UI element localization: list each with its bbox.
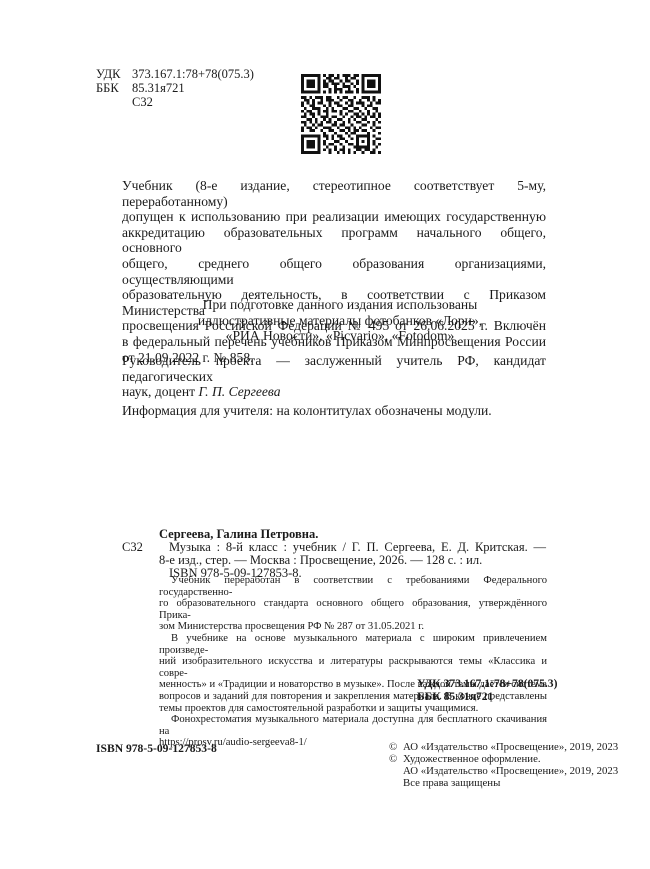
- annotation: Учебник переработан в соответствии с тре…: [159, 575, 547, 749]
- copyright-line: Все права защищены: [403, 777, 500, 789]
- annotation-line: ний изобразительного искусства и литерат…: [159, 656, 547, 679]
- teacher-info: Информация для учителя: на колонтитулах …: [122, 403, 492, 419]
- approval-line: допущен к использованию при реализации и…: [122, 209, 546, 225]
- udk-label: УДК: [96, 67, 132, 81]
- classification-bottom: УДК 373.167.1:78+78(075.3) ББК 85.31я721: [417, 677, 557, 703]
- udk-value: 373.167.1:78+78(075.3): [132, 67, 254, 81]
- bib-code: С32: [122, 541, 159, 580]
- annotation-line: Фонохрестоматия музыкального материала д…: [159, 714, 547, 737]
- copyright-icon: ©: [389, 741, 403, 753]
- project-lead: Руководитель проекта — заслуженный учите…: [122, 353, 546, 400]
- annotation-line: зом Министерства просвещения РФ № 287 от…: [159, 621, 547, 633]
- isbn: ISBN 978-5-09-127853-8: [96, 742, 217, 755]
- project-lead-prefix: наук, доцент: [122, 384, 198, 399]
- approval-line: Учебник (8-е издание, стереотипное соотв…: [122, 178, 546, 209]
- bbk-bottom: ББК 85.31я721: [417, 690, 557, 703]
- annotation-paragraph: Учебник переработан в соответствии с тре…: [159, 575, 547, 633]
- photo-credits-line: иллюстративные материалы фотобанков «Лор…: [190, 313, 490, 329]
- bbk-label: ББК: [96, 81, 132, 95]
- qr-code-icon[interactable]: [301, 74, 381, 154]
- project-lead-line: Руководитель проекта — заслуженный учите…: [122, 353, 546, 384]
- classification-block: УДК373.167.1:78+78(075.3) ББК85.31я721 С…: [96, 67, 254, 109]
- udk-bottom: УДК 373.167.1:78+78(075.3): [417, 677, 557, 690]
- annotation-line: В учебнике на основе музыкального матери…: [159, 633, 547, 656]
- annotation-line: го образовательного стандарта основного …: [159, 598, 547, 621]
- photo-credits-line: При подготовке данного издания использов…: [190, 297, 490, 313]
- copyright-line: АО «Издательство «Просвещение», 2019, 20…: [403, 765, 618, 777]
- photo-credits: При подготовке данного издания использов…: [190, 297, 490, 344]
- bibliographic-record: Сергеева, Галина Петровна. С32 Музыка : …: [122, 528, 546, 580]
- approval-line: аккредитацию образовательных программ на…: [122, 225, 546, 256]
- copyright-block: ©АО «Издательство «Просвещение», 2019, 2…: [389, 741, 618, 789]
- bbk-value: 85.31я721: [132, 81, 185, 95]
- author-mark: С32: [132, 95, 153, 109]
- photo-credits-line: «РИА Новости», «Picvario», «Fotodom»: [190, 328, 490, 344]
- copyright-line: Художественное оформление.: [403, 753, 541, 765]
- project-lead-name: Г. П. Сергеева: [198, 384, 280, 399]
- approval-line: общего, среднего общего образования орга…: [122, 256, 546, 287]
- annotation-line: Учебник переработан в соответствии с тре…: [159, 575, 547, 598]
- copyright-line: АО «Издательство «Просвещение», 2019, 20…: [403, 741, 618, 753]
- copyright-icon: ©: [389, 753, 403, 765]
- annotation-line: темы проектов для самостоятельной разраб…: [159, 703, 547, 715]
